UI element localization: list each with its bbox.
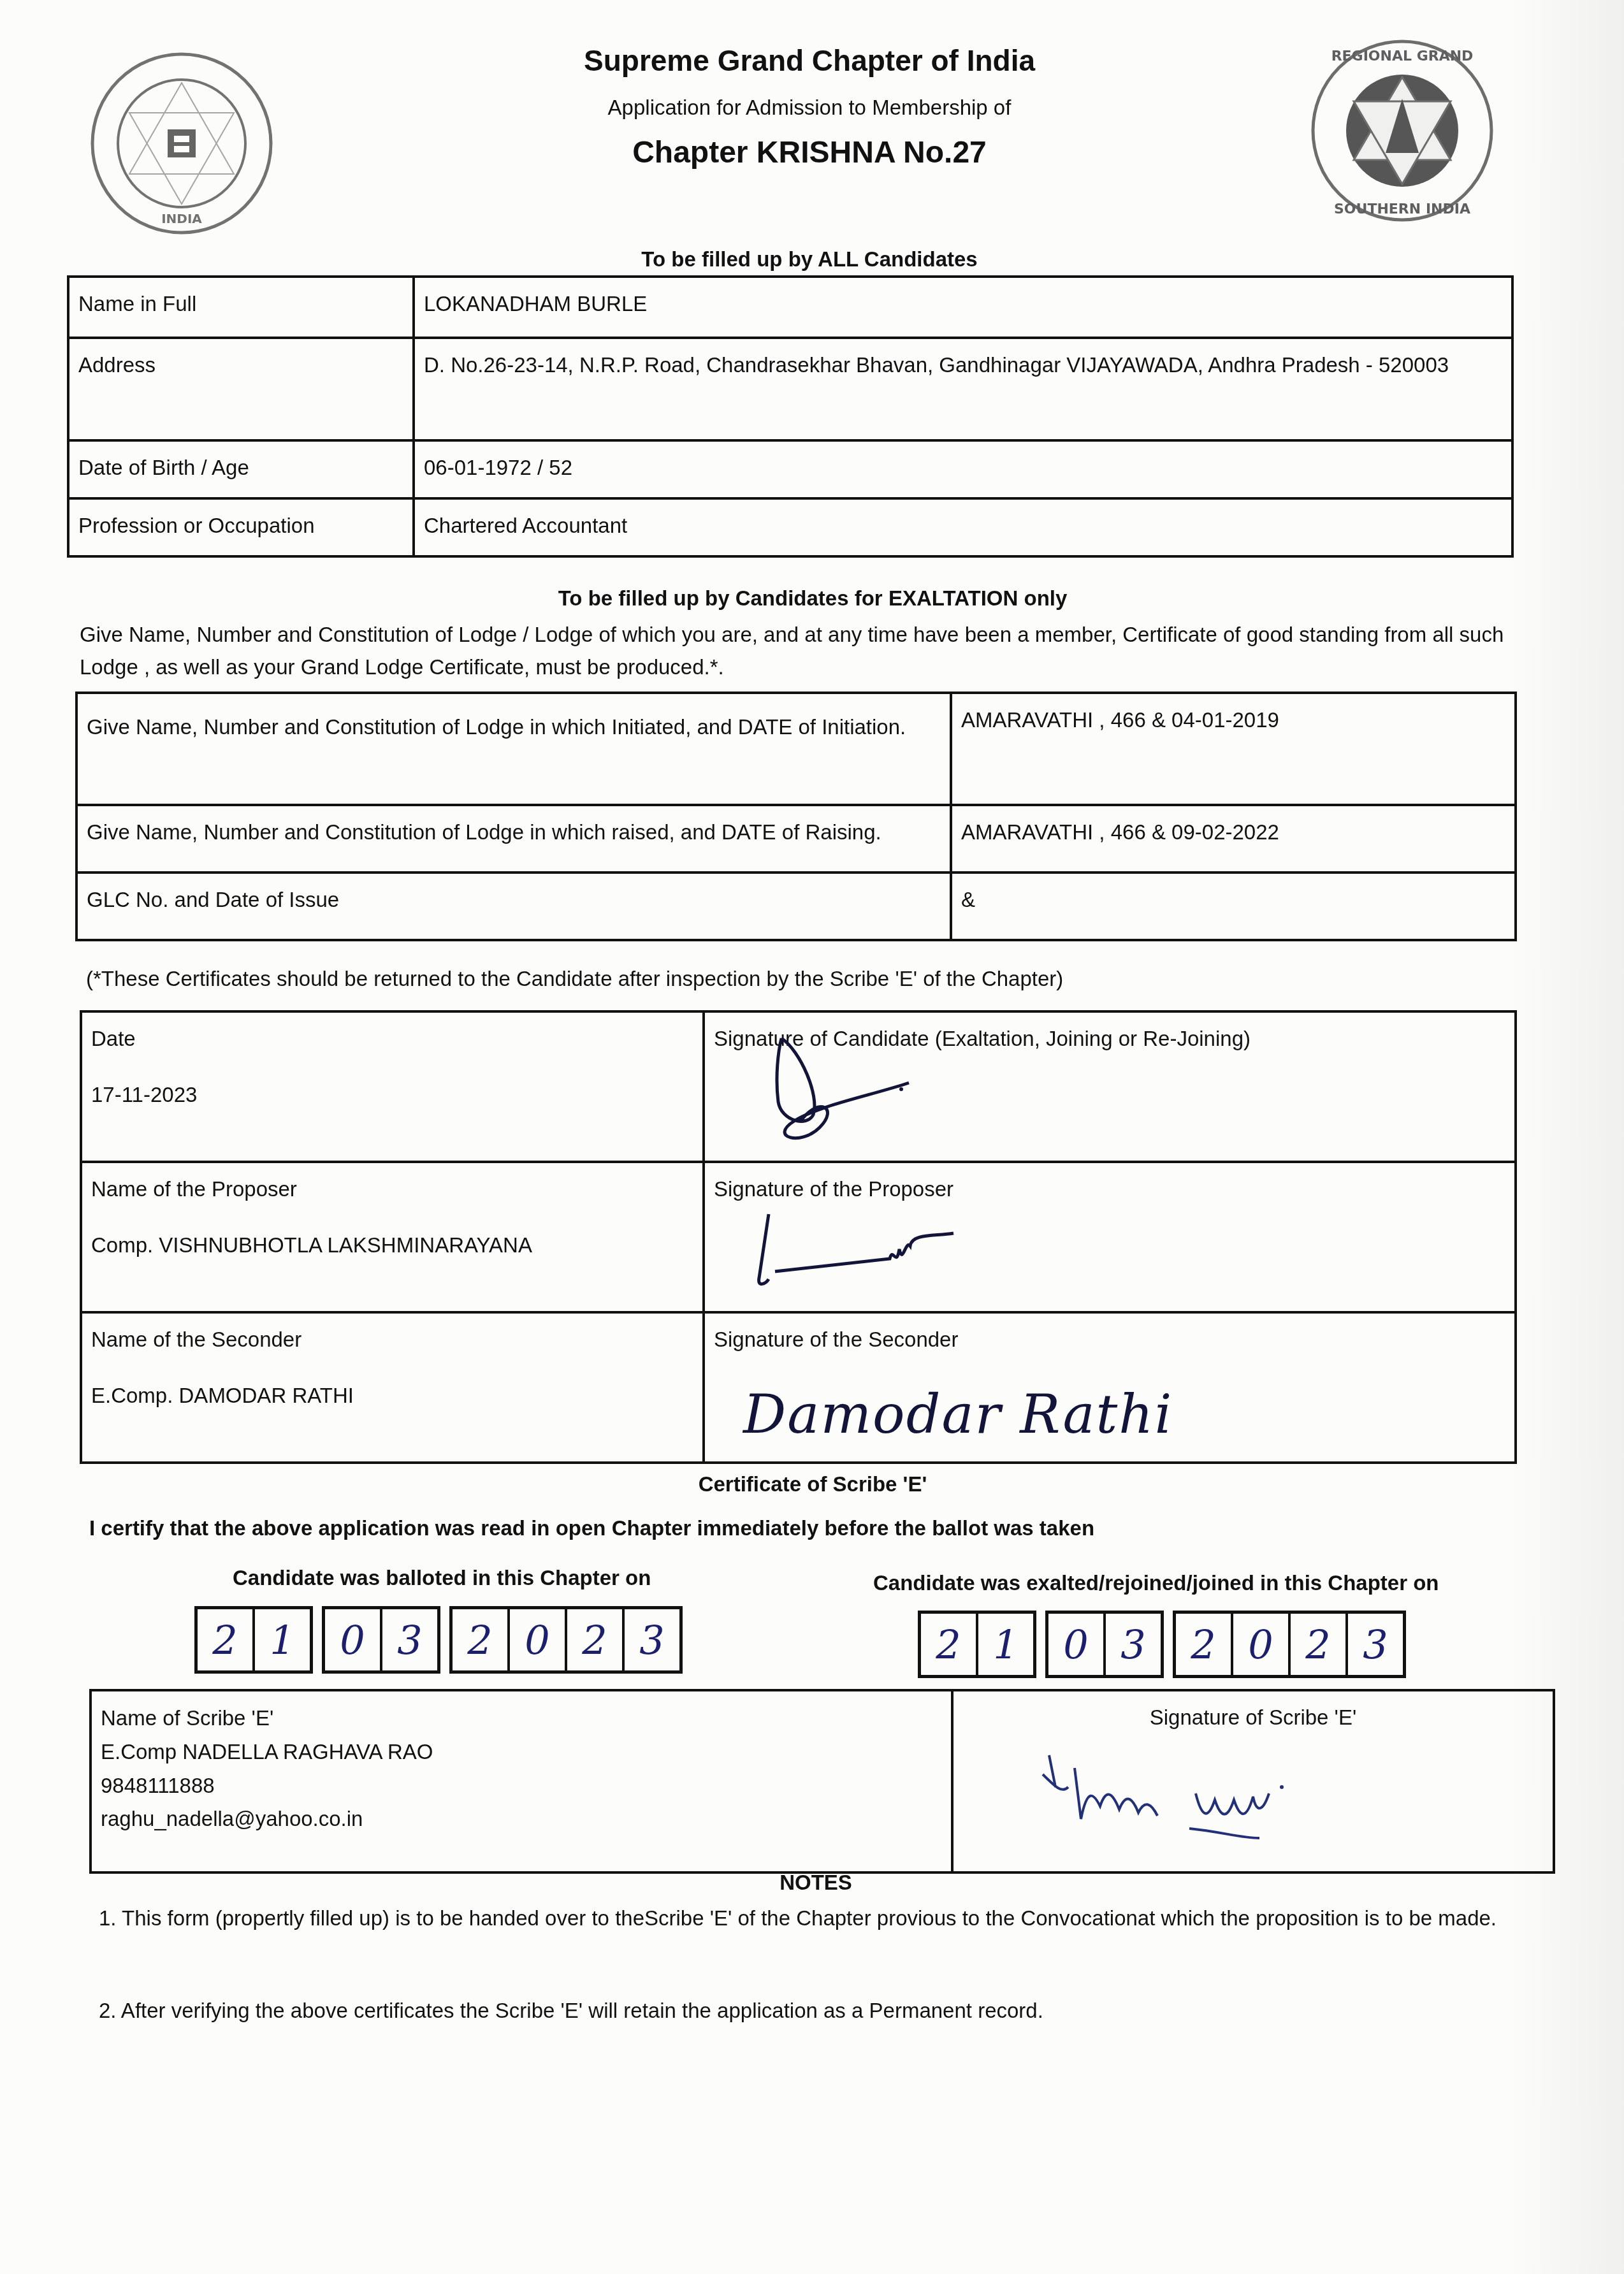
occupation-value: Chartered Accountant	[414, 498, 1512, 556]
balloted-date-boxes: 2 1 0 3 2 0 2 3	[194, 1606, 683, 1674]
lodge-details-table: Give Name, Number and Constitution of Lo…	[75, 692, 1517, 941]
digit-box: 3	[625, 1609, 679, 1670]
table-row: Name of the Proposer Comp. VISHNUBHOTLA …	[81, 1162, 1516, 1312]
raising-label: Give Name, Number and Constitution of Lo…	[76, 805, 951, 873]
chapter-name: Chapter KRISHNA No.27	[491, 135, 1128, 170]
digit-box: 2	[921, 1614, 978, 1675]
balloted-label: Candidate was balloted in this Chapter o…	[233, 1561, 651, 1594]
digit-box: 0	[1048, 1614, 1106, 1675]
glc-label: GLC No. and Date of Issue	[76, 873, 951, 940]
signatures-table: Date 17-11-2023 Signature of Candidate (…	[80, 1010, 1517, 1464]
digit-box: 2	[1291, 1614, 1348, 1675]
proposer-cell: Name of the Proposer Comp. VISHNUBHOTLA …	[81, 1162, 704, 1312]
name-value: LOKANADHAM BURLE	[414, 277, 1512, 338]
digit-box: 3	[1348, 1614, 1403, 1675]
digit-box: 2	[1176, 1614, 1233, 1675]
address-label: Address	[68, 338, 414, 440]
digit-box: 1	[255, 1609, 310, 1670]
supreme-grand-chapter-seal-icon: INDIA	[86, 48, 277, 239]
scribe-phone: 9848111888	[101, 1769, 942, 1803]
digit-box: 3	[382, 1609, 437, 1670]
seconder-signature: Damodar Rathi	[743, 1374, 1173, 1454]
digit-box: 2	[453, 1609, 510, 1670]
scribe-name: E.Comp NADELLA RAGHAVA RAO	[101, 1735, 942, 1769]
glc-value: &	[951, 873, 1516, 940]
certificates-footnote: (*These Certificates should be returned …	[86, 962, 1520, 995]
proposer-signature-cell: Signature of the Proposer	[704, 1162, 1516, 1312]
digit-box: 2	[567, 1609, 625, 1670]
candidate-details-table: Name in Full LOKANADHAM BURLE Address D.…	[67, 275, 1514, 558]
table-row: Date 17-11-2023 Signature of Candidate (…	[81, 1011, 1516, 1162]
initiation-value: AMARAVATHI , 466 & 04-01-2019	[951, 693, 1516, 805]
seconder-signature-label: Signature of the Seconder	[714, 1328, 958, 1351]
name-label: Name in Full	[68, 277, 414, 338]
note-item-1: 1. This form (propertly filled up) is to…	[99, 1902, 1565, 1934]
section-title-exaltation: To be filled up by Candidates for EXALTA…	[446, 586, 1179, 611]
digit-box: 0	[510, 1609, 567, 1670]
balloted-year: 2 0 2 3	[449, 1606, 683, 1674]
address-value: D. No.26-23-14, N.R.P. Road, Chandrasekh…	[414, 338, 1512, 440]
exalted-year: 2 0 2 3	[1173, 1611, 1406, 1678]
occupation-label: Profession or Occupation	[68, 498, 414, 556]
balloted-month: 0 3	[322, 1606, 440, 1674]
proposer-label: Name of the Proposer	[91, 1177, 297, 1201]
table-row: Date of Birth / Age 06-01-1972 / 52	[68, 440, 1512, 498]
seconder-cell: Name of the Seconder E.Comp. DAMODAR RAT…	[81, 1312, 704, 1463]
date-label: Date	[91, 1027, 136, 1050]
exalted-month: 0 3	[1045, 1611, 1164, 1678]
exalted-day: 2 1	[918, 1611, 1036, 1678]
scribe-details-cell: Name of Scribe 'E' E.Comp NADELLA RAGHAV…	[91, 1690, 952, 1872]
table-row: Give Name, Number and Constitution of Lo…	[76, 693, 1516, 805]
proposer-signature-label: Signature of the Proposer	[714, 1177, 953, 1201]
regional-grand-chapter-seal-icon: REGIONAL GRAND SOUTHERN INDIA	[1307, 35, 1498, 226]
table-row: Name in Full LOKANADHAM BURLE	[68, 277, 1512, 338]
digit-box: 3	[1106, 1614, 1161, 1675]
notes-title: NOTES	[752, 1871, 880, 1895]
digit-box: 0	[1233, 1614, 1291, 1675]
application-form-page: INDIA REGIONAL GRAND SOUTHERN INDIA Supr…	[0, 0, 1624, 2274]
date-cell: Date 17-11-2023	[81, 1011, 704, 1162]
scribe-certificate-title: Certificate of Scribe 'E'	[574, 1472, 1052, 1496]
initiation-label: Give Name, Number and Constitution of Lo…	[76, 693, 951, 805]
digit-box: 1	[978, 1614, 1033, 1675]
digit-box: 2	[198, 1609, 255, 1670]
dob-label: Date of Birth / Age	[68, 440, 414, 498]
svg-text:INDIA: INDIA	[161, 211, 202, 226]
candidate-signature-cell: Signature of Candidate (Exaltation, Join…	[704, 1011, 1516, 1162]
table-row: Name of Scribe 'E' E.Comp NADELLA RAGHAV…	[91, 1690, 1554, 1872]
form-subtitle: Application for Admission to Membership …	[491, 96, 1128, 120]
seconder-signature-cell: Signature of the Seconder Damodar Rathi	[704, 1312, 1516, 1463]
scribe-email: raghu_nadella@yahoo.co.in	[101, 1802, 942, 1836]
scribe-signature-icon	[1030, 1749, 1476, 1844]
scribe-name-label: Name of Scribe 'E'	[101, 1702, 942, 1735]
section-title-all-candidates: To be filled up by ALL Candidates	[491, 247, 1128, 272]
scribe-signature-label: Signature of Scribe 'E'	[1150, 1705, 1356, 1729]
organization-title: Supreme Grand Chapter of India	[491, 43, 1128, 78]
table-row: GLC No. and Date of Issue &	[76, 873, 1516, 940]
balloted-day: 2 1	[194, 1606, 313, 1674]
candidate-signature-icon	[743, 1025, 973, 1147]
exalted-label: Candidate was exalted/rejoined/joined in…	[873, 1567, 1439, 1599]
seconder-name: E.Comp. DAMODAR RATHI	[91, 1384, 354, 1407]
raising-value: AMARAVATHI , 466 & 09-02-2022	[951, 805, 1516, 873]
scribe-table: Name of Scribe 'E' E.Comp NADELLA RAGHAV…	[89, 1689, 1555, 1874]
exalted-date-boxes: 2 1 0 3 2 0 2 3	[918, 1611, 1406, 1678]
note-item-2: 2. After verifying the above certificate…	[99, 1995, 1565, 2027]
table-row: Address D. No.26-23-14, N.R.P. Road, Cha…	[68, 338, 1512, 440]
table-row: Name of the Seconder E.Comp. DAMODAR RAT…	[81, 1312, 1516, 1463]
svg-text:REGIONAL GRAND: REGIONAL GRAND	[1331, 48, 1474, 64]
dob-value: 06-01-1972 / 52	[414, 440, 1512, 498]
proposer-name: Comp. VISHNUBHOTLA LAKSHMINARAYANA	[91, 1233, 532, 1257]
exaltation-instructions: Give Name, Number and Constitution of Lo…	[80, 618, 1520, 683]
digit-box: 0	[325, 1609, 382, 1670]
date-value: 17-11-2023	[91, 1083, 197, 1106]
scribe-signature-cell: Signature of Scribe 'E'	[952, 1690, 1554, 1872]
seconder-label: Name of the Seconder	[91, 1328, 301, 1351]
scribe-statement: I certify that the above application was…	[89, 1512, 1364, 1544]
svg-text:SOUTHERN INDIA: SOUTHERN INDIA	[1334, 201, 1470, 217]
table-row: Profession or Occupation Chartered Accou…	[68, 498, 1512, 556]
proposer-signature-icon	[743, 1208, 1100, 1303]
table-row: Give Name, Number and Constitution of Lo…	[76, 805, 1516, 873]
